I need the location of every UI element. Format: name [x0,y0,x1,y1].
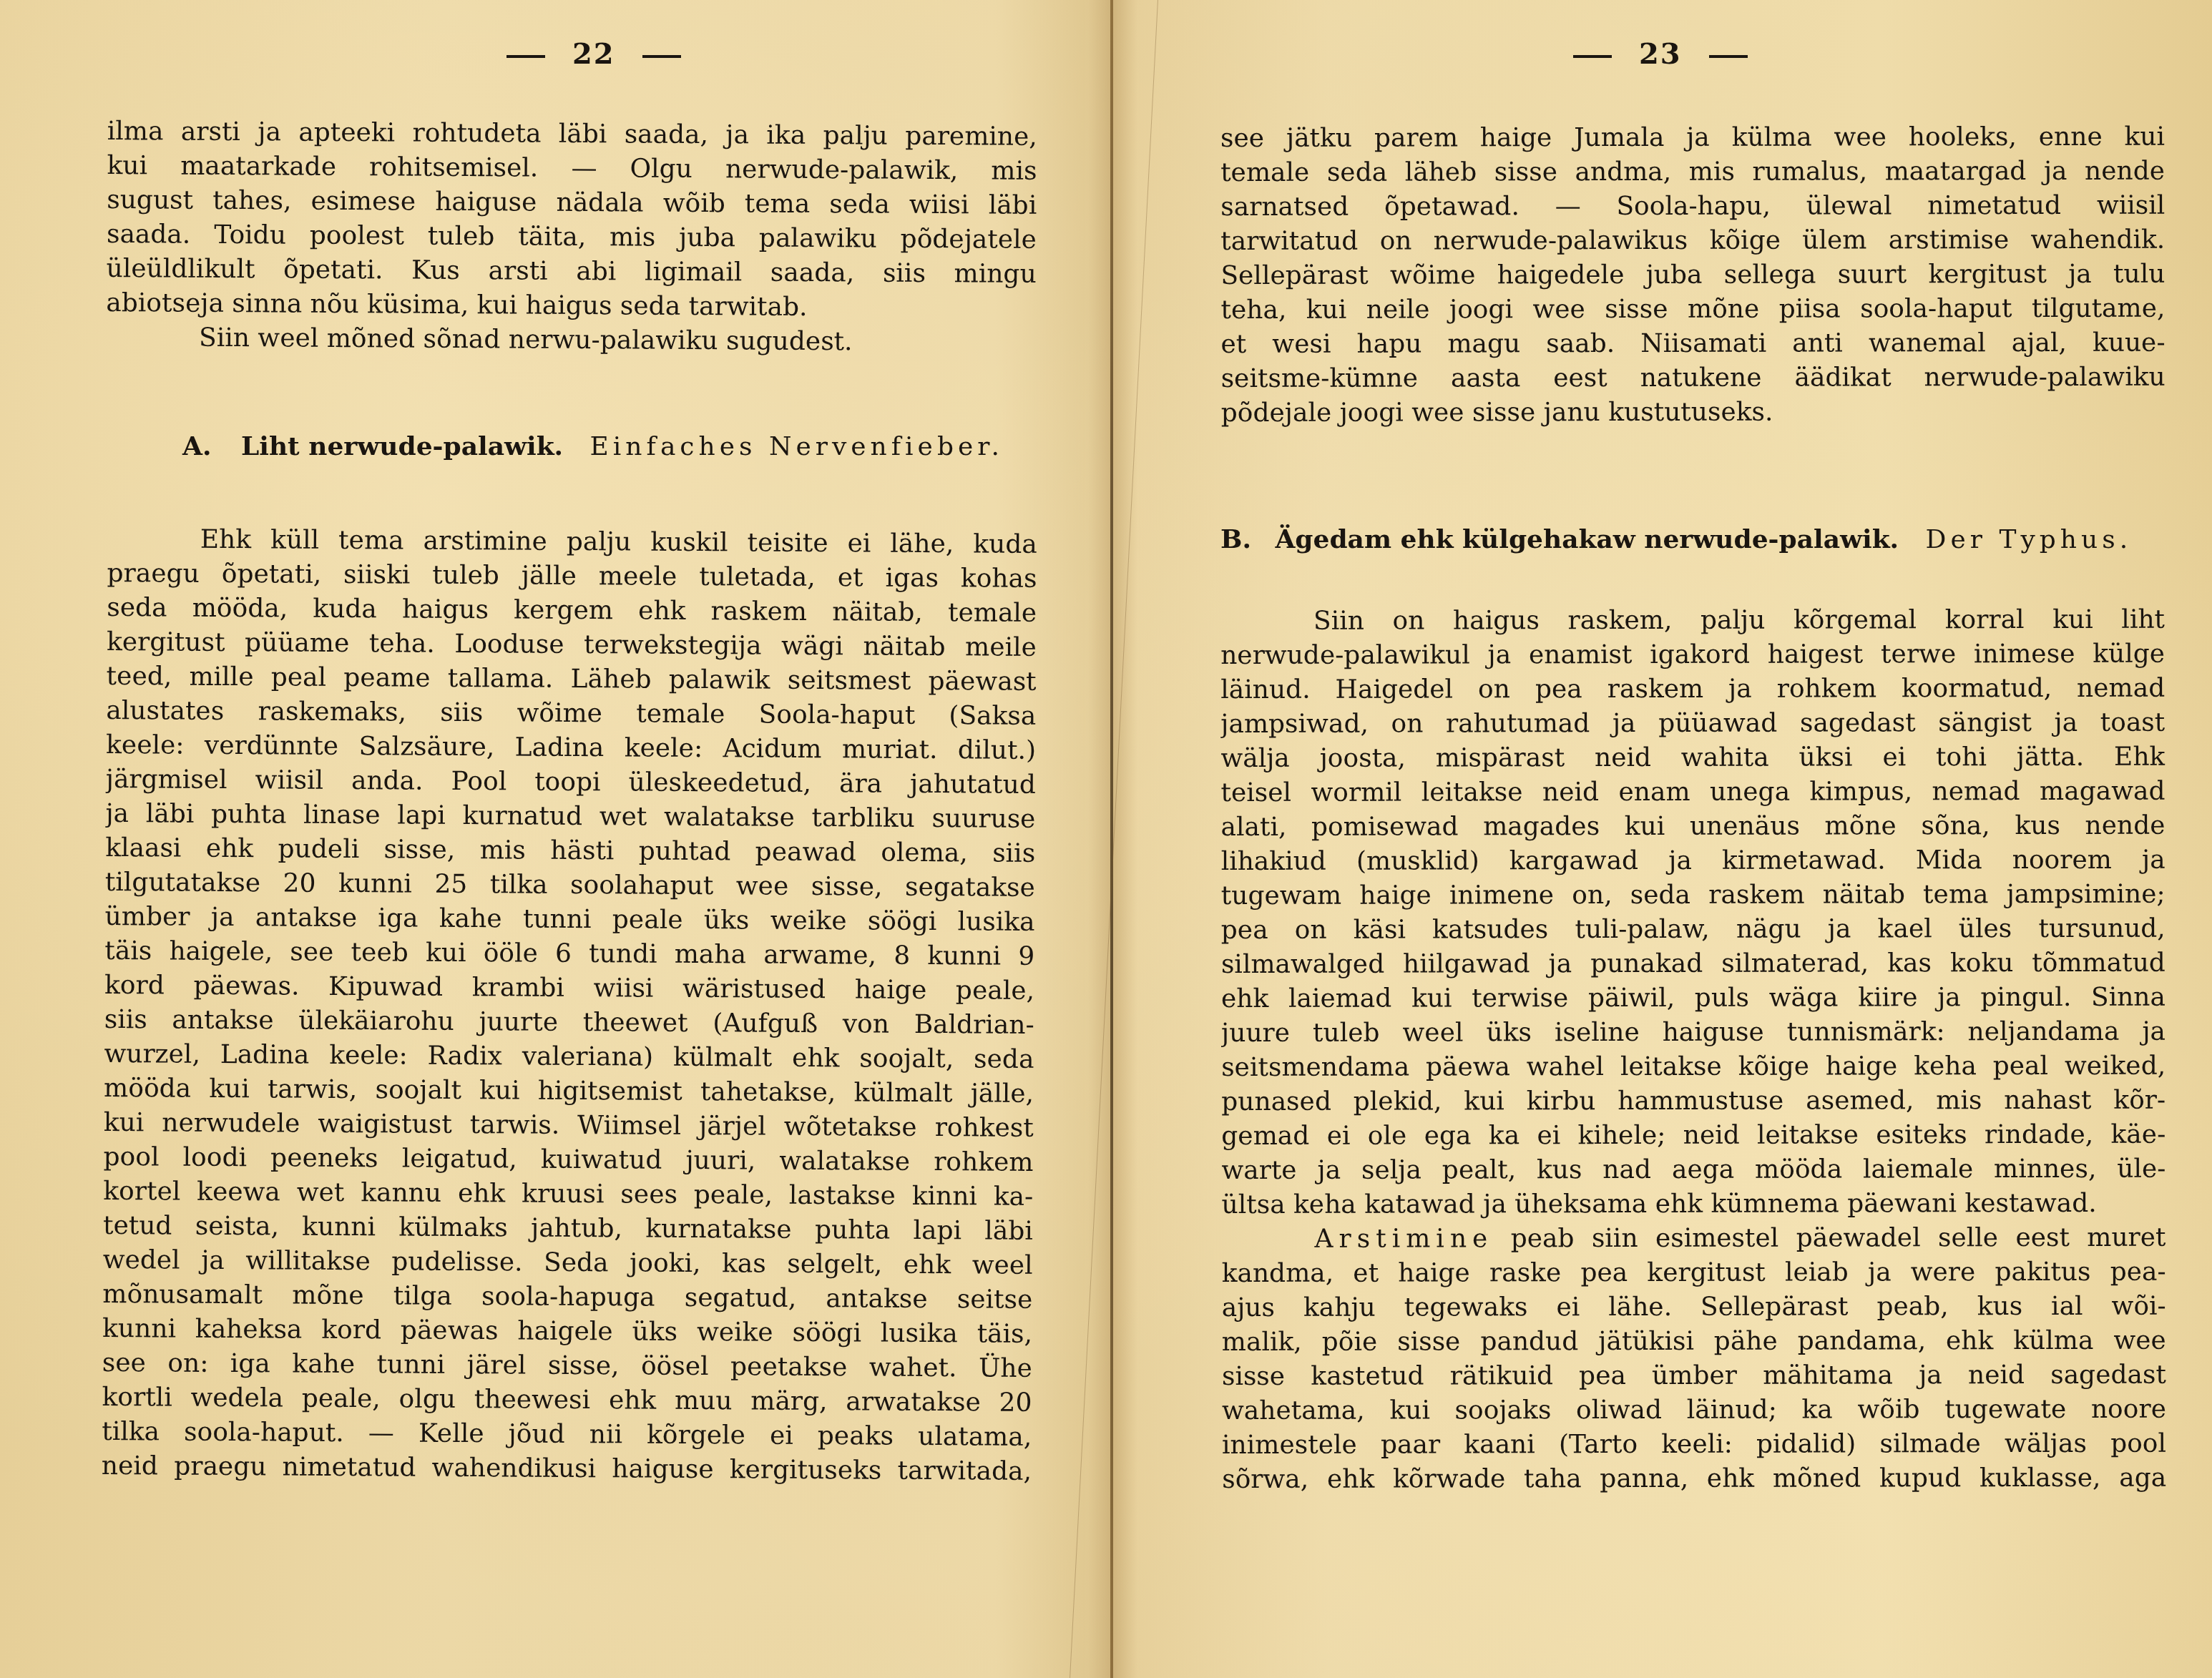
text-line: wurzel, Ladina keele: Radix valeriana) k… [104,1037,1034,1077]
text-line: pool loodi peeneks leigatud, kuiwatud ju… [103,1140,1033,1180]
text-line: wälja joosta, mispärast neid wahita üksi… [1220,740,2165,776]
text-line: Sellepärast wõime haigedele juba sellega… [1220,257,2165,293]
text-line: tugewam haige inimene on, seda raskem nä… [1221,878,2165,913]
section-title-german: Einfaches Nervenfieber. [590,432,1004,461]
text-fragment: peab siin esimestel päewadel selle eest … [1511,1223,2166,1254]
text-line: sisse kastetud rätikuid pea ümber mähita… [1222,1358,2166,1394]
section-title-estonian: Ägedam ehk külgehakaw nerwude-palawik. [1275,524,1899,554]
right-page: 23 see jätku parem haige Jumala ja külma… [1113,0,2212,1678]
text-line: sarnatsed õpetawad. — Soola-hapu, ülewal… [1220,189,2165,225]
text-line: gemad ei ole ega ka ei kihele; neid leit… [1221,1118,2165,1154]
text-line: tilgutatakse 20 kunni 25 tilka soolahapu… [105,865,1035,906]
text-line: praegu õpetati, siiski tuleb jälle meele… [107,556,1037,597]
text-line: alati, pomisewad magades kui unenäus mõn… [1221,809,2165,845]
text-line: nerwude-palawikul ja enamist igakord hai… [1220,637,2165,673]
section-heading-a: A. Liht nerwude-palawik. Einfaches Nerve… [182,429,1004,464]
text-line: siis antakse ülekäiarohu juurte theewet … [104,1003,1034,1043]
text-line: Ehk küll tema arstimine palju kuskil tei… [107,522,1037,562]
book-spread: 22 ilma arsti ja apteeki rohtudeta läbi … [0,0,2212,1678]
text-line: see jätku parem haige Jumala ja külma we… [1220,120,2165,156]
text-line: järgmisel wiisil anda. Pool toopi üleske… [106,762,1036,803]
page-number-value: 22 [572,37,615,71]
text-line: kunni kaheksa kord päewas haigele üks we… [102,1312,1032,1352]
text-line: alustates raskemaks, siis wõime temale S… [106,694,1036,734]
text-line: abiotseja sinna nõu küsima, kui haigus s… [106,286,1036,326]
text-line: saada. Toidu poolest tuleb täita, mis ju… [107,217,1037,257]
text-line: põdejale joogi wee sisse janu kustutusek… [1221,395,2165,431]
text-line: sõrwa, ehk kõrwade taha panna, ehk mõned… [1222,1461,2166,1497]
page-number-value: 23 [1639,37,1682,71]
page-number: 22 [479,37,708,71]
text-line: ültsa keha katawad ja üheksama ehk kümne… [1221,1187,2165,1222]
text-line: punased plekid, kui kirbu hammustuse ase… [1221,1084,2165,1119]
text-line: inimestele paar kaani (Tarto keeli: pida… [1222,1427,2166,1463]
text-line: kord päewas. Kipuwad krambi wiisi wärist… [104,968,1034,1009]
text-line: juure tuleb weel üks iseline haiguse tun… [1221,1015,2165,1051]
text-line: tarwitatud on nerwude-palawikus kõige ül… [1220,223,2165,259]
folio-dash [1573,55,1612,58]
text-line: jampsiwad, on rahutumad ja püüawad saged… [1220,706,2165,742]
text-line: seitsmendama päewa wahel leitakse kõige … [1221,1049,2165,1085]
text-line: üleüldlikult õpetati. Kus arsti abi ligi… [107,252,1037,292]
text-line: mõnusamalt mõne tilga soola-hapuga segat… [102,1277,1032,1318]
text-line: malik, põie sisse pandud jätükisi pähe p… [1222,1324,2166,1360]
text-line: Siin weel mõned sõnad nerwu-palawiku sug… [106,320,1036,360]
section-title-german: Der Typhus. [1926,525,2133,554]
body-paragraph: Siin on haigus raskem, palju kõrgemal ko… [1220,603,2166,1497]
folio-dash [642,55,681,58]
text-line: silmawalged hiilgawad ja punakad silmate… [1221,946,2165,982]
text-line: kergitust püüame teha. Looduse terwekste… [107,625,1037,665]
text-line: pea on käsi katsudes tuli-palaw, nägu ja… [1221,912,2165,948]
text-line: klaasi ehk pudeli sisse, mis hästi puhta… [105,831,1035,871]
text-line: kandma, et haige raske pea kergitust lei… [1222,1255,2166,1291]
text-line: läinud. Haigedel on pea raskem ja rohkem… [1220,672,2165,707]
text-line: kortel keewa wet kannu ehk kruusi sees p… [103,1174,1033,1215]
text-line: tilka soola-haput. — Kelle jõud nii kõrg… [102,1415,1032,1455]
section-heading-b: B. Ägedam ehk külgehakaw nerwude-palawik… [1220,522,2132,557]
left-page: 22 ilma arsti ja apteeki rohtudeta läbi … [0,0,1110,1678]
text-line: sugust tahes, esimese haiguse nädala wõi… [107,183,1037,223]
text-line: ümber ja antakse iga kahe tunni peale ük… [104,900,1034,940]
folio-dash [506,55,545,58]
text-line: teha, kui neile joogi wee sisse mõne pii… [1220,292,2165,328]
text-line: kui maatarkade rohitsemisel. — Olgu nerw… [107,149,1037,189]
text-line: teed, mille peal peame tallama. Läheb pa… [107,659,1037,700]
emphasized-word: Arstimine [1315,1224,1494,1253]
text-line: ja läbi puhta linase lapi kurnatud wet w… [105,797,1035,837]
text-line: täis haigele, see teeb kui ööle 6 tundi … [104,934,1034,974]
text-line: ehk laiemad kui terwise päiwil, puls wäg… [1221,981,2165,1016]
text-line: see on: iga kahe tunni järel sisse, ööse… [102,1346,1032,1386]
section-title-estonian: Liht nerwude-palawik. [241,431,563,461]
text-line: Siin on haigus raskem, palju kõrgemal ko… [1220,603,2165,639]
text-line: wedel ja willitakse pudelisse. Seda jook… [103,1243,1033,1283]
text-line: et wesi hapu magu saab. Niisamati anti w… [1221,326,2165,362]
text-line: kortli wedela peale, olgu theewesi ehk m… [102,1380,1032,1421]
text-line: mööda kui tarwis, soojalt kui higitsemis… [104,1071,1034,1112]
text-line: wahetama, kui soojaks oliwad läinud; ka … [1222,1393,2166,1428]
section-letter: A. [182,431,211,461]
text-line: teisel wormil leitakse neid enam unega k… [1220,775,2165,810]
text-line: seda mööda, kuda haigus kergem ehk raske… [107,591,1037,631]
page-number: 23 [1546,37,1775,71]
text-line: warte ja selja pealt, kus nad aega mööda… [1221,1152,2165,1188]
body-paragraph: Ehk küll tema arstimine palju kuskil tei… [102,522,1037,1489]
text-line: keele: verdünnte Salzsäure, Ladina keele… [106,728,1036,768]
intro-paragraph: see jätku parem haige Jumala ja külma we… [1220,120,2165,431]
text-line: seitsme-kümne aasta eest natukene äädika… [1221,360,2165,396]
text-line: temale seda läheb sisse andma, mis rumal… [1220,154,2165,190]
text-line: lihakiud (musklid) kargawad ja kirmetawa… [1221,843,2165,879]
folio-dash [1709,55,1748,58]
intro-paragraph: ilma arsti ja apteeki rohtudeta läbi saa… [106,114,1037,360]
text-line: neid praegu nimetatud wahendikusi haigus… [102,1449,1032,1489]
text-line: kui nerwudele waigistust tarwis. Wiimsel… [104,1106,1034,1146]
text-line: ajus kahju tegewaks ei lähe. Sellepärast… [1222,1290,2166,1325]
section-letter: B. [1220,524,1251,554]
text-line: ilma arsti ja apteeki rohtudeta läbi saa… [107,114,1037,154]
text-line: Arstimine peab siin esimestel päewadel s… [1222,1221,2166,1257]
text-line: tetud seista, kunni külmaks jahtub, kurn… [103,1209,1033,1249]
